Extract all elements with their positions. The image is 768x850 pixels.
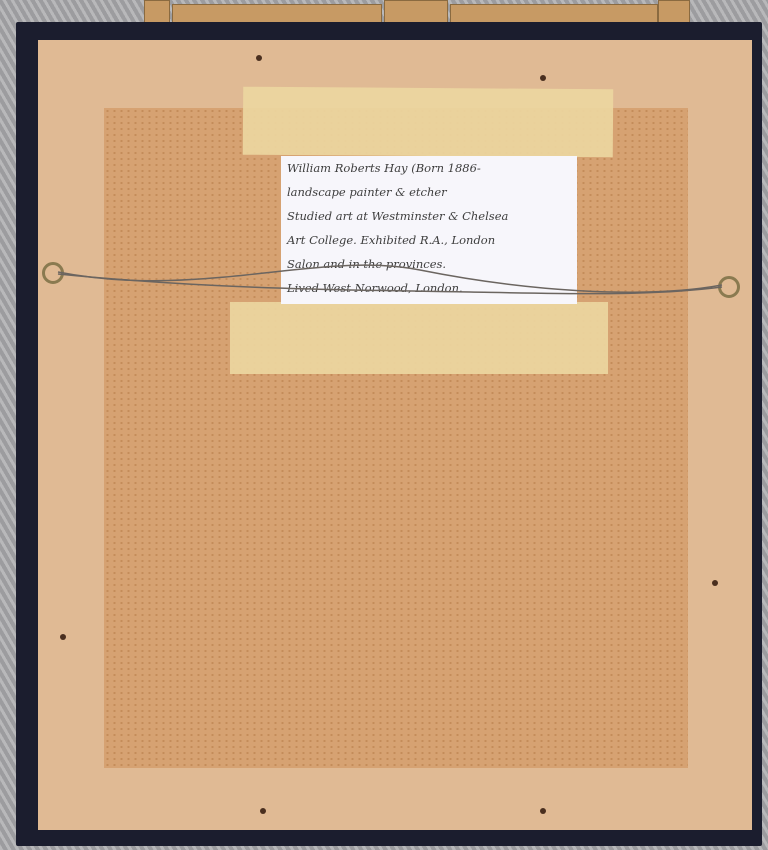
hanging-wire xyxy=(0,0,768,850)
